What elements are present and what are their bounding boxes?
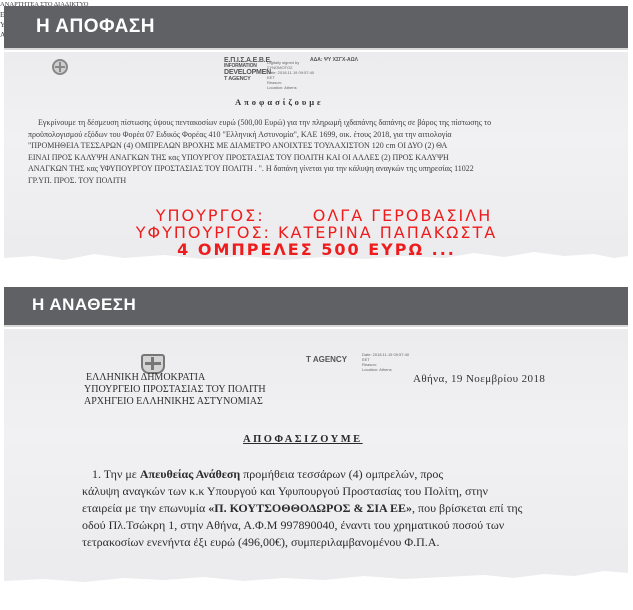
company-name: «Π. ΚΟΥΤΣΟΘΘΟΔΩΡΟΣ & ΣΙΑ ΕΕ»	[208, 501, 412, 515]
body-line: εταιρεία με την επωνυμία «Π. ΚΟΥΤΣΟΘΘΟΔΩ…	[82, 500, 622, 517]
agency-logo: Ε.Π.Ι.Σ.Α.Ε.Β.Ε. INFORMATION DEVELOPMEN …	[224, 57, 272, 83]
body-line: οδού Πλ.Τσώκρη 1, στην Αθήνα, Α.Φ.Μ 9978…	[82, 517, 622, 534]
body-line: τετρακοσίων ενενήντα έξι ευρώ (496,00€),…	[82, 534, 622, 551]
decision-body: Εγκρίνουμε τη δέσμευση πίστωσης ύψους πε…	[28, 117, 608, 186]
address: Πλ.Τσώκρη 1	[109, 518, 175, 532]
section-title: Η ΑΠΟΦΑΣΗ	[36, 16, 155, 38]
stamp-line: Location: Athens	[267, 85, 314, 90]
text: , στην Αθήνα, Α.Φ.Μ 997890040, έναντι το…	[174, 518, 504, 532]
letterhead-line: ΕΛΛΗΝΙΚΗ ΔΗΜΟΚΡΑΤΙΑ	[84, 372, 266, 384]
coat-of-arms-icon	[141, 354, 165, 374]
annotation-minister: ΥΠΟΥΡΓΟΣ: ΟΛΓΑ ΓΕΡΟΒΑΣΙΛΗ	[0, 207, 633, 224]
annotation-deputy-minister: ΥΦΥΠΟΥΡΓΟΣ: ΚΑΤΕΡΙΝΑ ΠΑΠΑΚΩΣΤΑ	[0, 224, 633, 241]
document-date: Αθήνα, 19 Νοεμβρίου 2018	[413, 373, 545, 385]
assignment-document	[4, 329, 628, 591]
body-line: 1. Την με Απευθείας Ανάθεση προμήθεια τε…	[82, 466, 622, 483]
coat-of-arms-icon	[52, 59, 68, 75]
signature-stamp: Date: 2018.11.19 09:57:40 EET Reason: Lo…	[362, 352, 409, 372]
torn-edge	[4, 565, 628, 591]
body-line: "ΠΡΟΜΗΘΕΙΑ ΤΕΣΣΑΡΩΝ (4) ΟΜΠΡΕΛΩΝ ΒΡΟΧΗΣ …	[28, 140, 608, 152]
red-annotation: ΥΠΟΥΡΓΟΣ: ΟΛΓΑ ΓΕΡΟΒΑΣΙΛΗ ΥΦΥΠΟΥΡΓΟΣ: ΚΑ…	[0, 207, 633, 258]
section-header-decision: Η ΑΠΟΦΑΣΗ	[4, 6, 628, 50]
signature-stamp: Digitally signed by ΣΥΝΟΜΟΤΟΣ Date: 2018…	[267, 60, 314, 90]
logo-line: DEVELOPMEN	[224, 69, 272, 76]
stamp-line: Location: Athens	[362, 367, 409, 372]
text: , που βρίσκεται επί της	[412, 501, 522, 515]
logo-line: T AGENCY	[224, 76, 272, 83]
body-line: κάλυψη αναγκών των κ.κ Υπουργού και Υφυπ…	[82, 483, 622, 500]
body-line: προϋπολογισμού εξόδων του Φορέα 07 Ειδικ…	[28, 129, 608, 141]
text: προμήθεια τεσσάρων (4) ομπρελών, προς	[240, 467, 443, 481]
protocol-line: ΑΔΑ: ΨΥ ΧΣΓΧ-ΑΩΛ	[310, 57, 358, 63]
assignment-body: 1. Την με Απευθείας Ανάθεση προμήθεια τε…	[82, 466, 622, 551]
text: οδού	[82, 518, 109, 532]
decision-heading: Αποφασίζουμε	[235, 97, 324, 107]
letterhead-line: ΑΡΧΗΓΕΙΟ ΕΛΛΗΝΙΚΗΣ ΑΣΤΥΝΟΜΙΑΣ	[84, 396, 266, 408]
body-line: ΓΡ.ΥΠ. ΠΡΟΣ. ΤΟΥ ΠΟΛΙΤΗ	[28, 175, 608, 187]
agency-logo: T AGENCY	[306, 355, 347, 364]
section-header-assignment: Η ΑΝΑΘΕΣΗ	[4, 287, 628, 327]
section-title: Η ΑΝΑΘΕΣΗ	[32, 295, 136, 315]
assignment-heading: ΑΠΟΦΑΣΙΖΟΥΜΕ	[243, 434, 363, 445]
annotation-summary: 4 ΟΜΠΡΕΛΕΣ 500 ΕΥΡΩ ...	[0, 241, 633, 258]
body-line: Εγκρίνουμε τη δέσμευση πίστωσης ύψους πε…	[28, 117, 608, 129]
body-line: ΕΙΝΑΙ ΠΡΟΣ ΚΑΛΥΨΗ ΑΝΑΓΚΩΝ ΤΗΣ κας ΥΠΟΥΡΓ…	[28, 152, 608, 164]
letterhead: ΕΛΛΗΝΙΚΗ ΔΗΜΟΚΡΑΤΙΑ ΥΠΟΥΡΓΕΙΟ ΠΡΟΣΤΑΣΙΑΣ…	[84, 372, 266, 408]
emphasis: Απευθείας Ανάθεση	[140, 467, 240, 481]
letterhead-line: ΥΠΟΥΡΓΕΙΟ ΠΡΟΣΤΑΣΙΑΣ ΤΟΥ ΠΟΛΙΤΗ	[84, 384, 266, 396]
body-line: ΑΝΑΓΚΩΝ ΤΗΣ κας ΥΦΥΠΟΥΡΓΟΥ ΠΡΟΣΤΑΣΙΑΣ ΤΟ…	[28, 163, 608, 175]
text: 1. Την με	[92, 467, 140, 481]
text: εταιρεία με την επωνυμία	[82, 501, 208, 515]
